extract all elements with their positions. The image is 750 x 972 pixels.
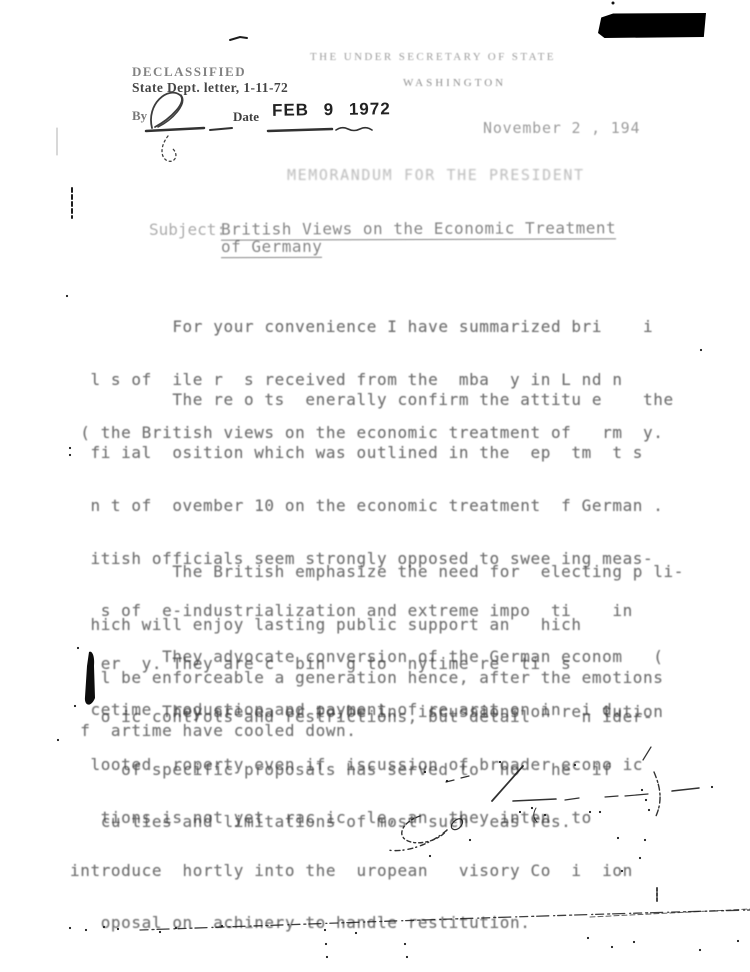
- subject-line2: of Germany: [221, 237, 322, 258]
- typed-line: introduce hortly into the uropean visory…: [70, 862, 664, 880]
- redaction-bar: [598, 13, 706, 38]
- typed-line: n t of ovember 10 on the economic treatm…: [70, 497, 674, 515]
- typed-line: fi ial osition which was outlined in the…: [70, 444, 674, 462]
- typed-line: looted roperty even if iscussion of broa…: [70, 756, 664, 774]
- pen-mark-icon: [230, 37, 247, 40]
- stamp-date-value: FEB 9 1972: [272, 99, 391, 121]
- typed-line: oposal on achinery to handle restitution…: [70, 914, 664, 932]
- stamp-underlines: [146, 128, 372, 131]
- typed-line: The British emphasize the need for elect…: [70, 563, 684, 581]
- memorandum-heading: MEMORANDUM FOR THE PRESIDENT: [287, 166, 585, 184]
- ink-speck: [612, 2, 615, 5]
- typed-line: They are ea er to be in iscussions on re…: [70, 703, 664, 721]
- typed-line: tions is not yet rac ic le, an they inte…: [70, 809, 664, 827]
- letterhead-city: WASHINGTON: [403, 77, 506, 89]
- scanned-document-page: DECLASSIFIED State Dept. letter, 1-11-72…: [0, 0, 750, 972]
- paragraph-5: They are ea er to be in iscussions on re…: [70, 668, 664, 967]
- typed-line: For your convenience I have summarized b…: [70, 318, 664, 336]
- declassified-stamp-line1: DECLASSIFIED: [132, 64, 246, 80]
- typed-line: The re o ts enerally confirm the attitu …: [70, 391, 674, 409]
- document-date: November 2 , 194: [483, 119, 650, 137]
- subject-label: Subject:: [149, 220, 226, 239]
- typed-line: They advocate conversion of the German e…: [70, 648, 664, 666]
- stamp-signature-icon: [151, 93, 183, 162]
- letterhead-office: THE UNDER SECRETARY OF STATE: [310, 51, 556, 63]
- stamp-by-label: By: [132, 108, 147, 124]
- declassified-stamp-line2: State Dept. letter, 1-11-72: [132, 80, 288, 96]
- stamp-date-label: Date: [233, 109, 259, 125]
